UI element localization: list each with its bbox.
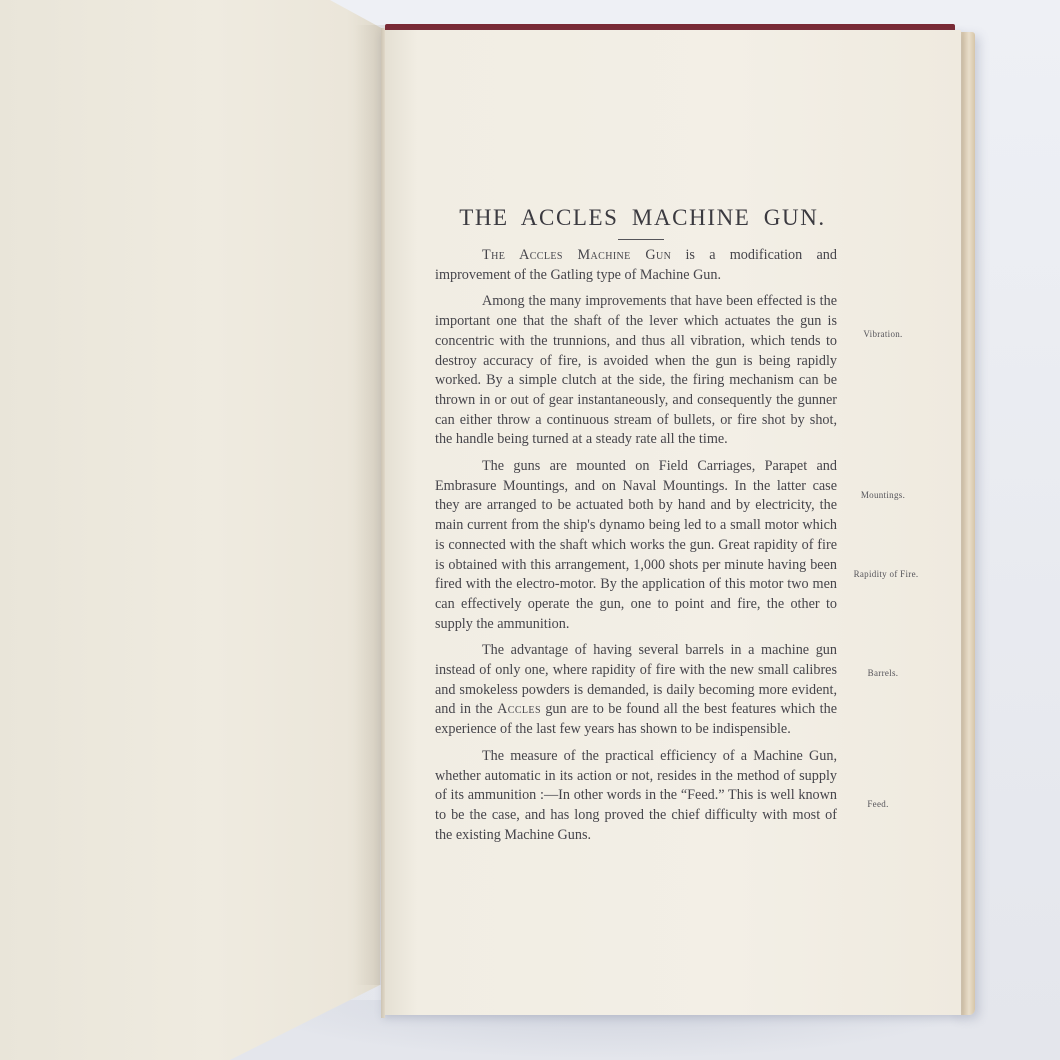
- book-photo: THE ACCLES MACHINE GUN. The Accles Machi…: [0, 0, 1060, 1060]
- title-rule-divider: [618, 239, 664, 240]
- left-page-blank: [0, 0, 385, 1060]
- book-spine: [381, 28, 385, 1018]
- smallcaps-accles: Accles: [497, 701, 541, 717]
- margin-note-mountings: Mountings.: [848, 490, 918, 500]
- margin-note-rapidity-of-fire: Rapidity of Fire.: [848, 569, 924, 579]
- page-title: THE ACCLES MACHINE GUN.: [430, 205, 855, 231]
- margin-note-vibration: Vibration.: [848, 329, 918, 339]
- paragraph-barrels: The advantage of having several barrels …: [435, 641, 837, 740]
- body-text: The Accles Machine Gun is a modification…: [435, 246, 837, 852]
- margin-note-barrels: Barrels.: [848, 668, 918, 678]
- margin-note-feed: Feed.: [843, 799, 913, 809]
- paragraph-vibration: Among the many improvements that have be…: [435, 292, 837, 450]
- paragraph-mountings: The guns are mounted on Field Carriages,…: [435, 457, 837, 634]
- paragraph-intro: The Accles Machine Gun is a modification…: [435, 246, 837, 285]
- paragraph-feed: The measure of the practical efficiency …: [435, 747, 837, 846]
- smallcaps-lead: The Accles Machine Gun: [482, 247, 671, 263]
